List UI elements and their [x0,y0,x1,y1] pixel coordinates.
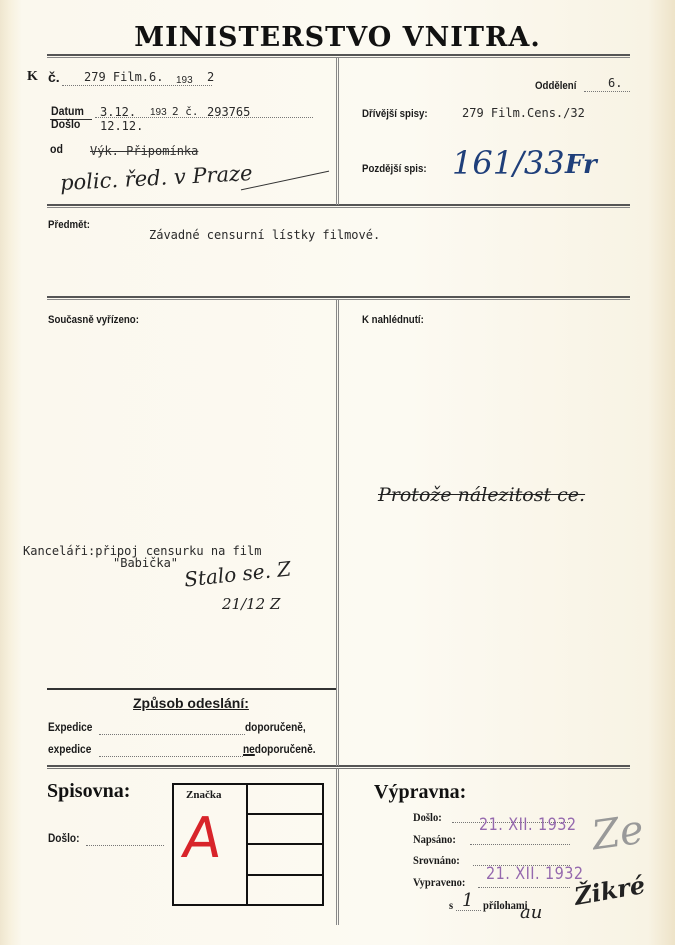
dispatch-row2-label: expedice [48,744,91,756]
rule-dispatch [47,688,337,690]
spisovna-title: Spisovna: [47,780,130,803]
dispatch-title: Způsob odeslání: [133,695,249,711]
document-title: MINISTERSTVO VNITRA. [0,22,675,53]
datum-value: 3.12. [100,105,136,119]
znacka-row-line-1 [247,813,324,815]
datum-number: 293765 [207,105,250,119]
spisovna-doslo-label: Došlo: [48,833,79,845]
napsano-label: Napsáno: [413,832,456,847]
dispatch-row2-prefix: ne [243,744,255,756]
dispatch-row1-value: doporučeně, [245,722,306,734]
pozdejsi-initials: Fr [565,150,597,180]
handwritten-date: 21/12 Z [222,595,280,613]
subject-value: Závadné censurní lístky filmové. [149,228,380,242]
od-typed-struck: Výk. Připomínka [90,144,198,158]
oddeleni-dotted-line [584,91,630,92]
divider-top [336,57,339,205]
od-label: od [50,142,63,156]
divider-bottom [336,768,339,925]
pozdejsi-label: Pozdější spis: [362,163,427,175]
s-value: 1 [462,890,473,911]
srovnano-label: Srovnáno: [413,853,460,868]
pozdejsi-value: 161/33 [452,144,565,182]
vypravna-title: Výpravna: [374,781,466,804]
dispatch-row1-label: Expedice [48,722,92,734]
dispatch-row1-dots [99,734,245,735]
c-value: 279 Film.6. [84,70,163,84]
soucasne-label: Současně vyřízeno: [48,314,139,326]
doslo-value: 12.12. [100,119,143,133]
subject-label: Předmět: [48,219,90,231]
k-label: K [27,69,38,85]
vypraveno-stamp: 21. XII. 1932 [486,864,583,884]
year-prefix: 193 [176,75,193,86]
handwritten-initials-pencil: Ze [589,807,646,860]
znacka-row-line-2 [247,843,324,845]
drivejsi-value: 279 Film.Cens./32 [462,106,585,120]
vypraveno-dots [478,887,570,888]
datum-year-suffix: 2 č. [172,105,199,118]
instruction-line2: "Babička" [113,556,178,570]
year-suffix: 2 [207,70,214,84]
napsano-dots [470,844,570,845]
znacka-label: Značka [186,789,221,801]
oddeleni-label: Oddělení [535,80,576,92]
oddeleni-value: 6. [608,76,622,90]
datum-year-prefix: 193 [150,107,167,118]
znacka-row-line-3 [247,874,324,876]
doslo-label: Došlo [51,117,80,131]
handwritten-struck-note: Protože nálezitost ce. [378,484,585,506]
dispatch-row2-rest: doporučeně. [255,744,316,756]
spisovna-doslo-dots [86,845,164,846]
divider-middle [336,299,339,766]
k-nahlednuti-label: K nahlédnutí: [362,314,424,326]
s-label: s [449,898,453,913]
handwritten-au: au [520,902,542,923]
dispatch-row2-dots [99,756,243,757]
vypraveno-label: Vypraveno: [413,875,465,890]
c-label: č. [48,69,60,85]
dispatch-row2-value: nedoporučeně. [243,744,316,756]
datum-label: Datum [51,104,84,118]
vypravna-doslo-label: Došlo: [413,810,442,825]
drivejsi-label: Dřívější spisy: [362,108,428,120]
vypravna-doslo-stamp: 21. XII. 1932 [479,815,576,835]
